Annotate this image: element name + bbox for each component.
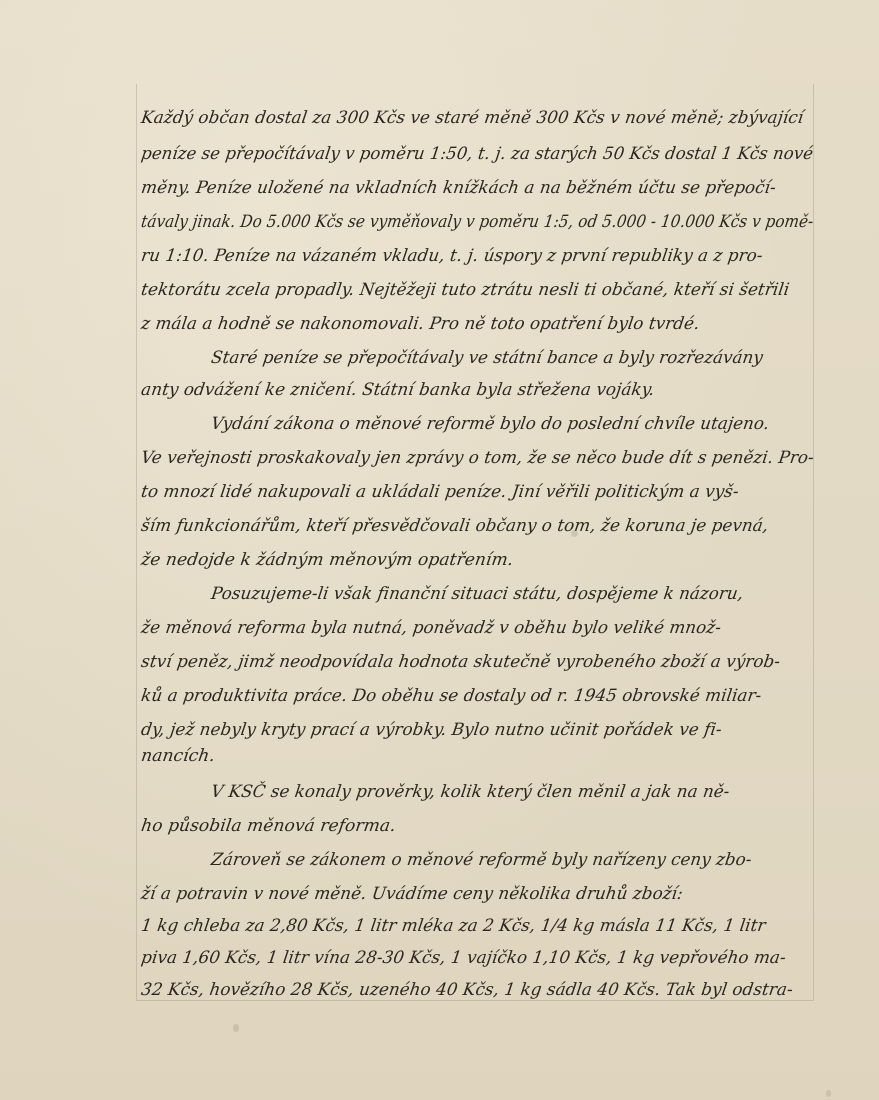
- text-line: že nedojde k žádným měnovým opatřením.: [140, 552, 826, 569]
- text-line: ho působila měnová reforma.: [140, 818, 826, 835]
- text-line: Každý občan dostal za 300 Kčs ve staré m…: [140, 110, 814, 127]
- paper-spot: [571, 530, 578, 537]
- text-line: 1 kg chleba za 2,80 Kčs, 1 litr mléka za…: [140, 918, 814, 935]
- text-line: z mála a hodně se nakonomovali. Pro ně t…: [140, 316, 814, 333]
- text-line: ru 1:10. Peníze na vázaném vkladu, t. j.…: [140, 248, 814, 265]
- text-line-indented: V KSČ se konaly prověrky, kolik který čl…: [210, 784, 812, 801]
- text-line: ků a produktivita práce. Do oběhu se dos…: [140, 688, 814, 705]
- text-line: peníze se přepočítávaly v poměru 1:50, t…: [140, 146, 805, 163]
- text-line-indented: Zároveň se zákonem o měnové reformě byly…: [210, 852, 812, 869]
- text-line: dy, jež nebyly kryty prací a výrobky. By…: [140, 722, 814, 739]
- text-line: anty odvážení ke zničení. Státní banka b…: [140, 382, 814, 399]
- text-line: nancích.: [140, 748, 826, 765]
- paper-spot: [233, 1024, 239, 1032]
- text-line-indented: Posuzujeme-li však finanční situaci stát…: [210, 586, 812, 603]
- text-line-indented: Vydání zákona o měnové reformě bylo do p…: [210, 416, 812, 433]
- text-line: piva 1,60 Kčs, 1 litr vína 28-30 Kčs, 1 …: [140, 950, 814, 967]
- text-line: tektorátu zcela propadly. Nejtěžeji tuto…: [140, 282, 814, 299]
- text-line: ží a potravin v nové měně. Uvádíme ceny …: [140, 886, 814, 903]
- paper-spot: [826, 1090, 831, 1097]
- text-line: měny. Peníze uložené na vkladních knížká…: [140, 180, 814, 197]
- text-line-indented: Staré peníze se přepočítávaly ve státní …: [210, 350, 812, 367]
- text-line: ším funkcionářům, kteří přesvědčovali ob…: [140, 518, 814, 535]
- text-line: 32 Kčs, hovězího 28 Kčs, uzeného 40 Kčs,…: [140, 982, 814, 999]
- text-line: že měnová reforma byla nutná, poněvadž v…: [140, 620, 814, 637]
- text-line: távaly jinak. Do 5.000 Kčs se vyměňovaly…: [140, 214, 751, 231]
- paper-page: Každý občan dostal za 300 Kčs ve staré m…: [0, 0, 879, 1100]
- text-line: Ve veřejnosti proskakovaly jen zprávy o …: [140, 450, 813, 467]
- text-line: to mnozí lidé nakupovali a ukládali pení…: [140, 484, 814, 501]
- text-line: ství peněz, jimž neodpovídala hodnota sk…: [140, 654, 814, 671]
